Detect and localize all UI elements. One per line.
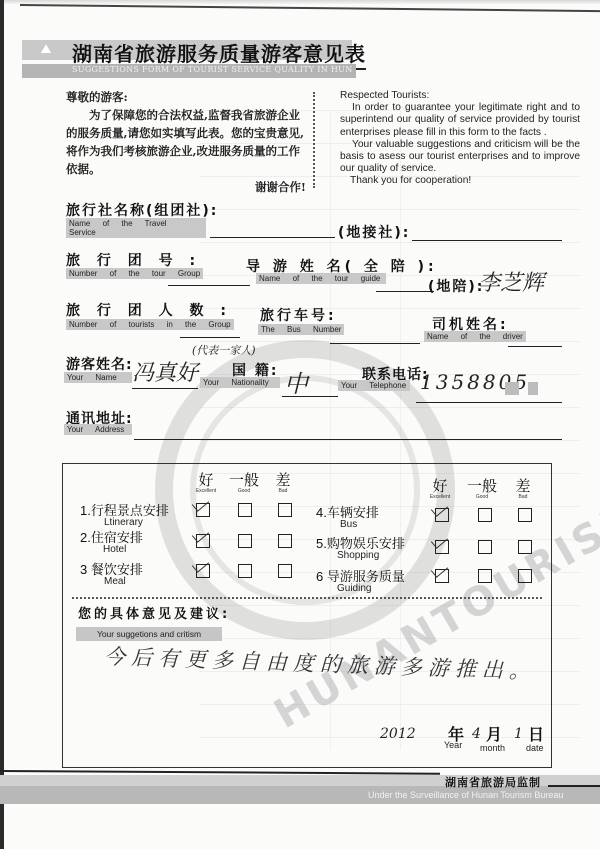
date-month-label-en: month [480,743,505,753]
date-year-value[interactable]: 2012 [380,726,416,742]
guiding-good-checkbox[interactable] [478,569,492,583]
hotel-good-checkbox[interactable] [238,534,252,548]
date-day-value[interactable]: 1 [514,726,523,742]
local-guide-value[interactable]: 李芝辉 [478,266,544,297]
nationality-label-en: Your Nationality [200,377,280,388]
meal-excellent-checkbox[interactable] [196,564,210,578]
shopping-excellent-checkbox[interactable] [435,540,449,554]
scan-edge-left [0,0,4,849]
col-bad: 差Bad [268,472,298,494]
hotel-excellent-checkbox[interactable] [196,534,210,548]
itinerary-bad-checkbox[interactable] [278,503,292,517]
local-agency-label: (地接社): [338,222,410,242]
intro-paragraph1-en: In order to guarantee your legitimate ri… [340,102,580,139]
bus-number-field[interactable] [330,343,420,344]
col-excellent: 好Excellent [191,472,221,494]
travel-service-field[interactable] [210,237,335,238]
local-agency-field[interactable] [412,240,562,241]
address-field[interactable] [134,439,562,440]
nationality-field[interactable] [282,396,338,397]
tourist-name-annotation: (代表一家人) [192,342,256,358]
guiding-bad-checkbox[interactable] [518,569,532,583]
page-subtitle: SUGGESTIONS FORM OF TOURIST SERVICE QUAL… [72,65,353,74]
bus-good-checkbox[interactable] [478,508,492,522]
intro-chinese: 尊敬的游客: 为了保障您的合法权益,监督我省旅游企业的服务质量,请您如实填写此表… [66,88,306,196]
itinerary-excellent-checkbox[interactable] [196,503,210,517]
item-meal-en: Meal [104,576,126,587]
bus-number-label-en: The Bus Number [258,324,344,335]
address-label-en: Your Address [64,424,132,435]
footer-issuer: 湖南省旅游局监制 [445,774,541,790]
date-month-value[interactable]: 4 [472,726,481,742]
item-guiding-en: Guiding [337,583,371,594]
intro-thanks-en: Thank you for cooperation! [340,175,580,187]
bus-bad-checkbox[interactable] [518,508,532,522]
redaction-block [505,382,519,395]
top-rule [20,4,600,12]
date-day-label-en: date [526,743,544,753]
intro-thanks-cn: 谢谢合作! [66,178,306,196]
tour-guide-field[interactable] [376,291,434,292]
divider [72,597,542,599]
tourist-name-label: 游客姓名: [66,354,133,374]
col-excellent-right: 好Excellent [425,478,455,500]
driver-name-label-en: Name of the driver [424,331,526,342]
driver-name-field[interactable] [508,346,562,347]
form-page: HUNANTOURISM ⛰ 湖南省旅游服务质量游客意见表 SUGGESTION… [0,0,600,849]
group-size-field[interactable] [180,337,240,338]
col-bad-right: 差Bad [508,478,538,500]
local-guide-label: (地陪): [428,276,484,296]
suggestions-label: 您的具体意见及建议: [78,603,230,622]
suggestions-label-en: Your suggetions and critism [76,627,222,641]
group-size-label-en: Number of tourists in the Group [66,319,234,330]
nationality-value[interactable]: 中 [284,364,308,399]
scan-edge [0,0,600,4]
intro-paragraph-cn: 为了保障您的合法权益,监督我省旅游企业的服务质量,请您如实填写此表。您的宝贵意见… [66,106,306,178]
tour-guide-label-en: Name of the tour guide [256,273,386,284]
date-year-label-en: Year [444,740,462,750]
group-number-field[interactable] [168,285,250,286]
date-day-label: 日 [528,722,544,745]
intro-greeting-en: Respected Tourists: [340,90,580,102]
item-hotel-en: Hotel [103,544,126,555]
tourist-name-field[interactable] [132,388,198,389]
bus-number-label: 旅行车号: [260,305,337,325]
travel-service-label-en: Name of the Travel Service [66,218,206,238]
tourist-name-label-en: Your Name [64,372,132,383]
col-good: 一般Good [229,472,259,494]
logo-icon: ⛰ [36,42,56,58]
group-number-label-en: Number of the tour Group [66,268,203,279]
meal-good-checkbox[interactable] [238,564,252,578]
col-good-right: 一般Good [467,478,497,500]
item-shopping-en: Shopping [337,550,379,561]
divider [313,92,315,188]
shopping-bad-checkbox[interactable] [518,540,532,554]
group-number-label: 旅 行 团 号 : [66,250,201,270]
intro-english: Respected Tourists: In order to guarante… [340,90,580,188]
meal-bad-checkbox[interactable] [278,564,292,578]
guiding-excellent-checkbox[interactable] [435,569,449,583]
footer-rule [548,785,600,787]
telephone-field[interactable] [416,402,562,403]
telephone-label-en: Your Telephone [338,380,410,391]
travel-service-label: 旅行社名称(组团社): [66,200,218,220]
group-size-label: 旅 行 团 人 数 : [66,300,232,320]
hotel-bad-checkbox[interactable] [278,534,292,548]
date-month-label: 月 [486,722,502,745]
footer-rule [0,770,440,775]
item-bus-en: Bus [340,519,357,530]
bus-excellent-checkbox[interactable] [435,508,449,522]
shopping-good-checkbox[interactable] [478,540,492,554]
intro-paragraph2-en: Your valuable suggestions and criticism … [340,139,580,176]
footer-issuer-en: Under the Surveillance of Hunan Tourism … [368,790,563,800]
intro-greeting-cn: 尊敬的游客: [66,88,306,106]
tourist-name-value[interactable]: 冯真好 [132,356,198,387]
itinerary-good-checkbox[interactable] [238,503,252,517]
redaction-block [528,382,538,395]
